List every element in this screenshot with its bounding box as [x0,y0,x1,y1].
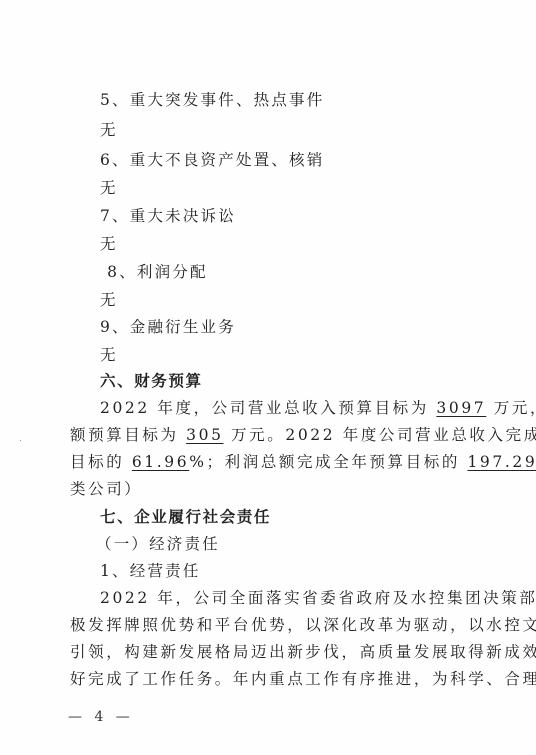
text: 万元，利润总 [486,399,536,417]
revenue-completion-value: 61.96 [132,453,189,471]
item-9-value: 无 [100,345,118,365]
text: %；利润总额完成全年预算目标的 [189,453,467,471]
csr-paragraph-line-3: 引领，构建新发展格局迈出新步伐，高质量发展取得新成效，较 [70,642,480,662]
budget-paragraph-line-2: 额预算目标为 305 万元。2022 年度公司营业总收入完成全年预算 [70,425,480,445]
text: 额预算目标为 [70,426,186,444]
item-7-heading: 7、重大未决诉讼 [100,206,236,226]
item-6-value: 无 [100,178,118,198]
item-8-value: 无 [100,290,118,310]
subsection-economic-responsibility: （一）经济责任 [96,534,220,554]
scan-speck [20,440,21,441]
section-csr-heading: 七、企业履行社会责任 [100,507,271,527]
item-7-value: 无 [100,234,118,254]
text: 万元。2022 年度公司营业总收入完成全年预算 [224,426,536,444]
csr-paragraph-line-1: 2022 年，公司全面落实省委省政府及水控集团决策部署，积 [70,588,480,608]
revenue-target-value: 3097 [436,399,486,417]
item-5-heading: 5、重大突发事件、热点事件 [100,90,324,110]
profit-target-value: 305 [186,426,223,444]
subsection-operating-responsibility: 1、经营责任 [100,561,201,581]
text: 2022 年度，公司营业总收入预算目标为 [100,399,436,417]
csr-paragraph-line-2: 极发挥牌照优势和平台优势，以深化改革为驱动，以水控文化为 [70,615,480,635]
page-number: — 4 — [68,709,134,725]
profit-completion-value: 197.29 [467,453,536,471]
budget-paragraph-line-3: 目标的 61.96%；利润总额完成全年预算目标的 197.29%。（经营 [70,452,480,472]
item-5-value: 无 [100,120,118,140]
budget-paragraph-line-1: 2022 年度，公司营业总收入预算目标为 3097 万元，利润总 [70,398,480,418]
csr-paragraph-line-4: 好完成了工作任务。年内重点工作有序推进，为科学、合理、客 [70,669,480,689]
text: 目标的 [70,453,132,471]
item-8-heading: 8、利润分配 [100,262,208,282]
item-9-heading: 9、金融衍生业务 [100,317,236,337]
item-6-heading: 6、重大不良资产处置、核销 [100,150,324,170]
budget-paragraph-line-4: 类公司） [70,479,480,499]
section-budget-heading: 六、财务预算 [100,371,203,391]
document-page: 5、重大突发事件、热点事件 无 6、重大不良资产处置、核销 无 7、重大未决诉讼… [0,0,536,755]
